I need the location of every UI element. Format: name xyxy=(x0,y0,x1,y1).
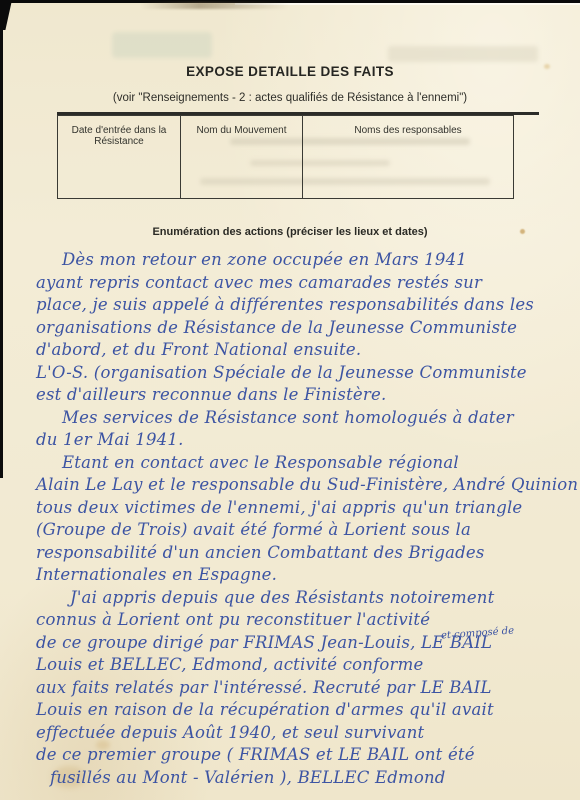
handwritten-line: Dès mon retour en zone occupée en Mars 1… xyxy=(36,249,558,272)
section-header: Enumération des actions (préciser les li… xyxy=(0,226,580,238)
handwritten-line: effectuée depuis Août 1940, et seul surv… xyxy=(36,722,558,745)
handwritten-statement: Dès mon retour en zone occupée en Mars 1… xyxy=(36,249,558,800)
handwritten-line: J'ai appris depuis que des Résistants no… xyxy=(36,587,558,610)
table-column-mouvement: Nom du Mouvement xyxy=(181,116,303,198)
handwritten-line: du 1er Mai 1941. xyxy=(36,429,558,452)
handwritten-line: Mes services de Résistance sont homologu… xyxy=(36,407,558,430)
handwritten-line: est d'ailleurs reconnue dans le Finistèr… xyxy=(36,384,558,407)
handwritten-line: ayant repris contact avec mes camarades … xyxy=(36,272,558,295)
handwritten-line: organisations de Résistance de la Jeunes… xyxy=(36,317,558,340)
handwritten-line: Alain Le Lay et le responsable du Sud-Fi… xyxy=(36,474,558,497)
handwritten-line: Etant en contact avec le Responsable rég… xyxy=(36,452,558,475)
paper-crease xyxy=(140,2,290,9)
handwritten-line: Louis en raison de la récupération d'arm… xyxy=(36,699,558,722)
interline-insertion: et composé de xyxy=(440,620,515,648)
handwritten-line: place, je suis appelé à différentes resp… xyxy=(36,294,558,317)
handwritten-line: aux faits relatés par l'intéressé. Recru… xyxy=(36,677,558,700)
document-title: EXPOSE DETAILLE DES FAITS xyxy=(0,64,580,79)
handwritten-line-text: de ce groupe dirigé par FRIMAS Jean-Loui… xyxy=(36,633,492,652)
document-subtitle: (voir "Renseignements - 2 : actes qualif… xyxy=(0,92,580,104)
handwritten-line: L'O-S. (organisation Spéciale de la Jeun… xyxy=(36,362,558,385)
handwritten-line: fusillés au Mont - Valérien ), BELLEC Ed… xyxy=(36,767,558,790)
handwritten-line: de ce groupe dirigé par FRIMAS Jean-Loui… xyxy=(36,632,558,655)
handwritten-line: (Groupe de Trois) avait été formé à Lori… xyxy=(36,519,558,542)
handwritten-line: Internationales en Espagne. xyxy=(36,564,558,587)
handwritten-line: responsabilité d'un ancien Combattant de… xyxy=(36,542,558,565)
handwritten-line: d'abord, et du Front National ensuite. xyxy=(36,339,558,362)
table-column-date: Date d'entrée dans la Résistance xyxy=(58,116,181,198)
scanned-document: EXPOSE DETAILLE DES FAITS (voir "Renseig… xyxy=(0,0,580,800)
handwritten-line: tous deux victimes de l'ennemi, j'ai app… xyxy=(36,497,558,520)
resistance-table: Date d'entrée dans la Résistance Nom du … xyxy=(57,115,514,199)
table-header-date: Date d'entrée dans la Résistance xyxy=(58,125,180,147)
table-header-responsables: Noms des responsables xyxy=(303,125,513,136)
handwritten-line: Louis et BELLEC, Edmond, activité confor… xyxy=(36,654,558,677)
table-column-responsables: Noms des responsables xyxy=(303,116,513,198)
table-header-mouvement: Nom du Mouvement xyxy=(181,125,302,136)
handwritten-line: de ce premier groupe ( FRIMAS et LE BAIL… xyxy=(36,744,558,767)
